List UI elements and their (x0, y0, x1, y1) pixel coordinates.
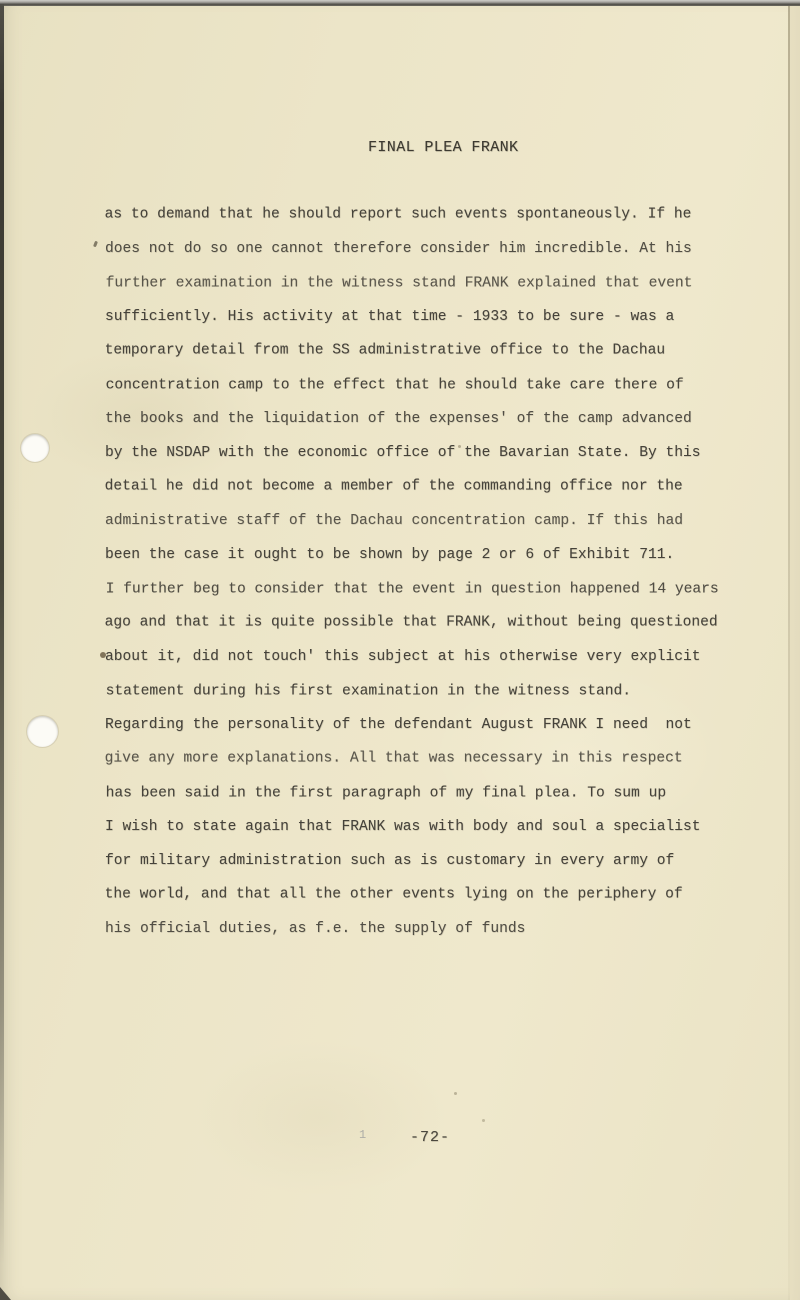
underlying-page-sliver (790, 6, 800, 1300)
typed-line: does not do so one cannot therefore cons… (105, 232, 718, 266)
typed-line: for military administration such as is c… (105, 844, 718, 878)
scan-left-edge (0, 4, 4, 1264)
document-title: FINAL PLEA FRANK (368, 139, 518, 156)
paper-speck (482, 1119, 485, 1122)
typed-line: detail he did not become a member of the… (105, 470, 718, 504)
typed-line: the books and the liquidation of the exp… (105, 402, 718, 436)
paper-speck (458, 445, 461, 448)
scan-top-edge (0, 0, 800, 6)
typed-line: administrative staff of the Dachau conce… (105, 504, 718, 538)
typed-line: ago and that it is quite possible that F… (105, 606, 718, 640)
typed-line: by the NSDAP with the economic office of… (105, 436, 718, 470)
typed-line: concentration camp to the effect that he… (106, 368, 719, 402)
typed-line: Regarding the personality of the defenda… (105, 708, 718, 742)
typed-line: temporary detail from the SS administrat… (105, 334, 718, 368)
typed-line: further examination in the witness stand… (106, 266, 719, 300)
ink-dot-mark (100, 652, 106, 658)
typed-line: as to demand that he should report such … (105, 198, 718, 232)
punch-hole-bottom (27, 716, 58, 747)
typed-line: I wish to state again that FRANK was wit… (105, 810, 718, 844)
typed-line: I further beg to consider that the event… (106, 572, 719, 606)
typed-line: his official duties, as f.e. the supply … (105, 912, 718, 946)
typed-line: the world, and that all the other events… (105, 878, 718, 912)
ink-speck (93, 241, 98, 248)
typed-line: about it, did not touch' this subject at… (105, 640, 718, 674)
stray-mark: 1 (359, 1128, 366, 1142)
typed-line: give any more explanations. All that was… (105, 742, 718, 776)
document-body: as to demand that he should report such … (105, 198, 718, 946)
punch-hole-top (21, 434, 49, 462)
scanned-document-page: FINAL PLEA FRANK as to demand that he sh… (0, 0, 800, 1300)
typed-line: been the case it ought to be shown by pa… (105, 538, 718, 572)
typed-line: sufficiently. His activity at that time … (105, 300, 718, 334)
typed-line: has been said in the first paragraph of … (106, 776, 719, 810)
page-number: -72- (410, 1129, 450, 1146)
scan-bottom-left-corner (0, 1287, 11, 1300)
paper-speck (454, 1092, 457, 1095)
typed-line: statement during his first examination i… (106, 674, 719, 708)
